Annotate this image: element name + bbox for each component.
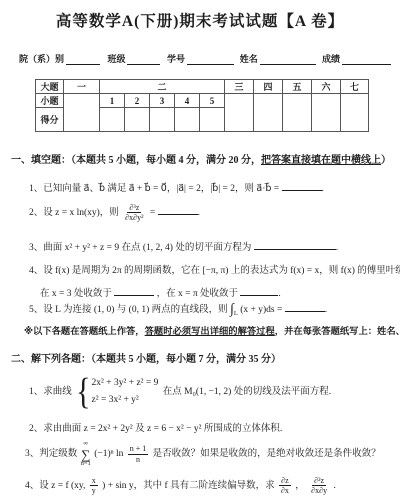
score-cell-q1 [64, 94, 100, 132]
fill-blank-q5: 5、设 L 为连接 (1, 0) 与 (0, 1) 两点的直线段，则 ∫L (x… [29, 301, 327, 317]
score-cell-q2-5 [200, 108, 225, 132]
dz-dx-fraction: ∂z∂x [279, 476, 291, 495]
section1-heading: 一、填空题：（本题共 5 小题，每小题 4 分，满分 20 分，把答案直接填在题… [11, 151, 391, 166]
name-label: 姓名 [240, 52, 258, 65]
series-term-fraction: n + 1n [128, 444, 149, 463]
class-label: 班级 [107, 52, 125, 65]
answer-blank [254, 239, 336, 250]
answer-blank [114, 285, 154, 296]
d2z-dxdy-fraction: ∂²z∂x∂y [309, 476, 329, 495]
answer-blank [285, 301, 325, 312]
score-cell-q2-4 [175, 108, 200, 132]
equation-2: z² = 3x² + y² [92, 392, 139, 409]
answer-sheet-note: ※以下各题在答题纸上作答，答题时必须写出详细的解答过程，并在每张答题纸写上：姓名… [24, 323, 400, 337]
cases-brace-icon: { [76, 373, 90, 411]
solve-q3: 3、判定级数 ∞ ∑ n=1 (−1)ⁿ ln n + 1n 是否收敛？如果是收… [25, 441, 381, 467]
name-blank [260, 54, 317, 65]
answer-blank [240, 285, 278, 296]
table-col-6: 六 [312, 80, 341, 94]
subq-1: 1 [100, 94, 125, 108]
answer-blank [282, 180, 322, 191]
score-cell-q3 [225, 94, 254, 132]
dept-blank [66, 54, 100, 65]
score-label: 成绩 [322, 52, 340, 65]
table-col-4: 四 [254, 80, 283, 94]
equation-1: 2x² + 3y² + z² = 9 [92, 375, 159, 392]
score-cell-q6 [312, 94, 341, 132]
table-col-2: 二 [100, 80, 225, 94]
score-cell-q7 [341, 94, 369, 132]
score-table: 大题 一 二 三 四 五 六 七 小题 1 2 3 4 5 得分 [35, 79, 369, 132]
score-cell-q2-1 [100, 108, 125, 132]
score-blank [342, 54, 391, 65]
table-col-1: 一 [64, 80, 100, 94]
note-emphasis: 答题时必须写出详细的解答过程 [145, 327, 275, 337]
table-header-score: 得分 [36, 108, 64, 132]
student-info-line: 院（系）别 班级 学号 姓名 成绩 [19, 52, 391, 65]
table-header-small-question: 小题 [36, 94, 64, 108]
partial-derivative-fraction: ∂³z∂x∂y² [123, 203, 145, 222]
subq-2: 2 [125, 94, 150, 108]
student-id-label: 学号 [167, 52, 185, 65]
integral-subscript: L [234, 310, 238, 317]
solve-q1: 1、求曲线 { 2x² + 3y² + z² = 9 z² = 3x² + y²… [29, 371, 331, 413]
answer-blank [158, 204, 198, 215]
fill-blank-q4-line2: 在 x = 3 处收敛于 ，在 x = π 处收敛于 . [40, 285, 281, 299]
fill-blank-q3: 3、曲面 x² + y² + z = 9 在点 (1, 2, 4) 处的切平面方… [29, 239, 338, 253]
fill-blank-q2: 2、设 z = x ln(xy)，则 ∂³z∂x∂y² = . [29, 200, 200, 226]
subq-4: 4 [175, 94, 200, 108]
summation-icon: ∞ ∑ n=1 [81, 441, 91, 467]
table-header-big-question: 大题 [36, 80, 64, 94]
x-over-y-fraction: xy [90, 476, 98, 495]
score-cell-q2-2 [125, 108, 150, 132]
fill-blank-q4-line1: 4、设 f(x) 是周期为 2π 的周期函数，它在 [−π, π) 上的表达式为… [29, 262, 400, 276]
class-blank [127, 54, 159, 65]
exam-paper: 高等数学A(下册)期末考试试题【A 卷】 院（系）别 班级 学号 姓名 成绩 大… [0, 0, 400, 500]
student-id-blank [187, 54, 234, 65]
solve-q2: 2、求由曲面 z = 2x² + 2y² 及 z = 6 − x² − y² 所… [29, 420, 282, 434]
solve-q4: 4、设 z = f (xy, xy ) + sin y，其中 f 具有二阶连续偏… [25, 474, 336, 498]
system-of-equations: { 2x² + 3y² + z² = 9 z² = 3x² + y² [76, 375, 158, 409]
fill-blank-q1: 1、已知向量 a⃗、b⃗ 满足 a⃗ + b⃗ = 0⃗，|a⃗| = 2，|b… [29, 180, 324, 194]
page-title: 高等数学A(下册)期末考试试题【A 卷】 [0, 9, 400, 31]
score-cell-q2-3 [150, 108, 175, 132]
table-col-7: 七 [341, 80, 369, 94]
section2-heading: 二、解下列各题：（本题共 5 小题，每小题 7 分，满分 35 分） [11, 350, 281, 365]
subq-5: 5 [200, 94, 225, 108]
table-col-5: 五 [283, 80, 312, 94]
dept-label: 院（系）别 [19, 52, 64, 65]
score-cell-q4 [254, 94, 283, 132]
table-col-3: 三 [225, 80, 254, 94]
section1-heading-emphasis: 把答案直接填在题中横线上 [261, 155, 381, 166]
subq-3: 3 [150, 94, 175, 108]
score-cell-q5 [283, 94, 312, 132]
